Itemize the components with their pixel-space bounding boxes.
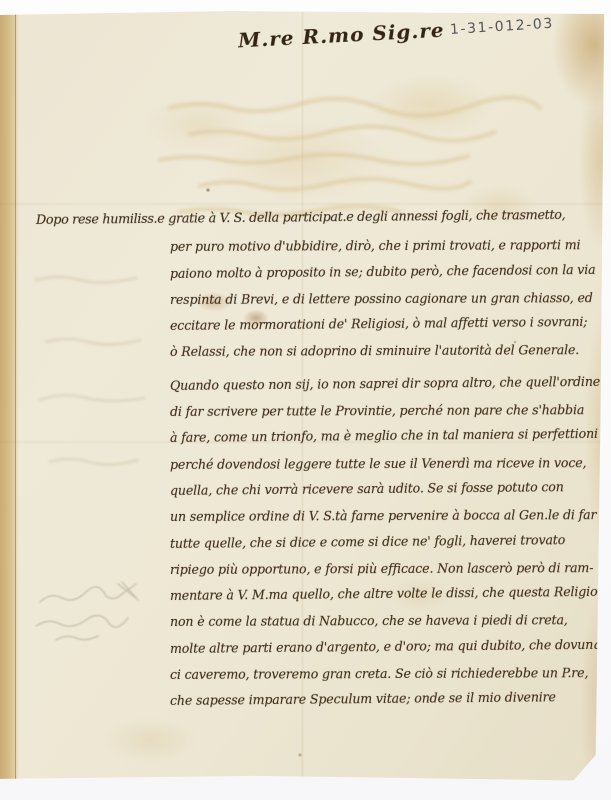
letter-line: tutte quelle, che si dice e come si dice… [170, 526, 611, 557]
letter-line: Dopo rese humiliss.e gratie à V. S. dell… [36, 202, 611, 234]
letter-line: ò Relassi, che non si adoprino di sminui… [170, 338, 611, 366]
letter-line: mentare à V. M.ma quello, che altre volt… [170, 579, 611, 610]
salutation-heading: M.re R.mo Sig.re [238, 18, 446, 53]
letter-line: eccitare le mormorationi de' Religiosi, … [170, 309, 611, 340]
manuscript-page: 1-31-012-03 M.re R.mo Sig.re Dopo rese h… [0, 10, 606, 782]
catalog-number: 1-31-012-03 [450, 16, 555, 38]
letter-line: quella, che chi vorrà ricevere sarà udit… [170, 474, 611, 505]
letter-line: per puro motivo d'ubbidire, dirò, che i … [170, 232, 611, 260]
scan-stage: 1-31-012-03 M.re R.mo Sig.re Dopo rese h… [0, 0, 611, 800]
letter-line: paiono molto à proposito in se; dubito p… [170, 256, 611, 287]
letter-line: à fare, come un trionfo, ma è meglio che… [170, 421, 611, 452]
letter-line: molte altre parti erano d'argento, e d'o… [170, 632, 611, 663]
letter-body: Dopo rese humiliss.e gratie à V. S. dell… [0, 208, 611, 715]
letter-line: che sapesse imparare Speculum vitae; ond… [170, 684, 611, 715]
letter-line: un semplice ordine di V. S.tà farne perv… [170, 502, 611, 530]
letter-line: Quando questo non sij, io non saprei dir… [170, 369, 611, 400]
